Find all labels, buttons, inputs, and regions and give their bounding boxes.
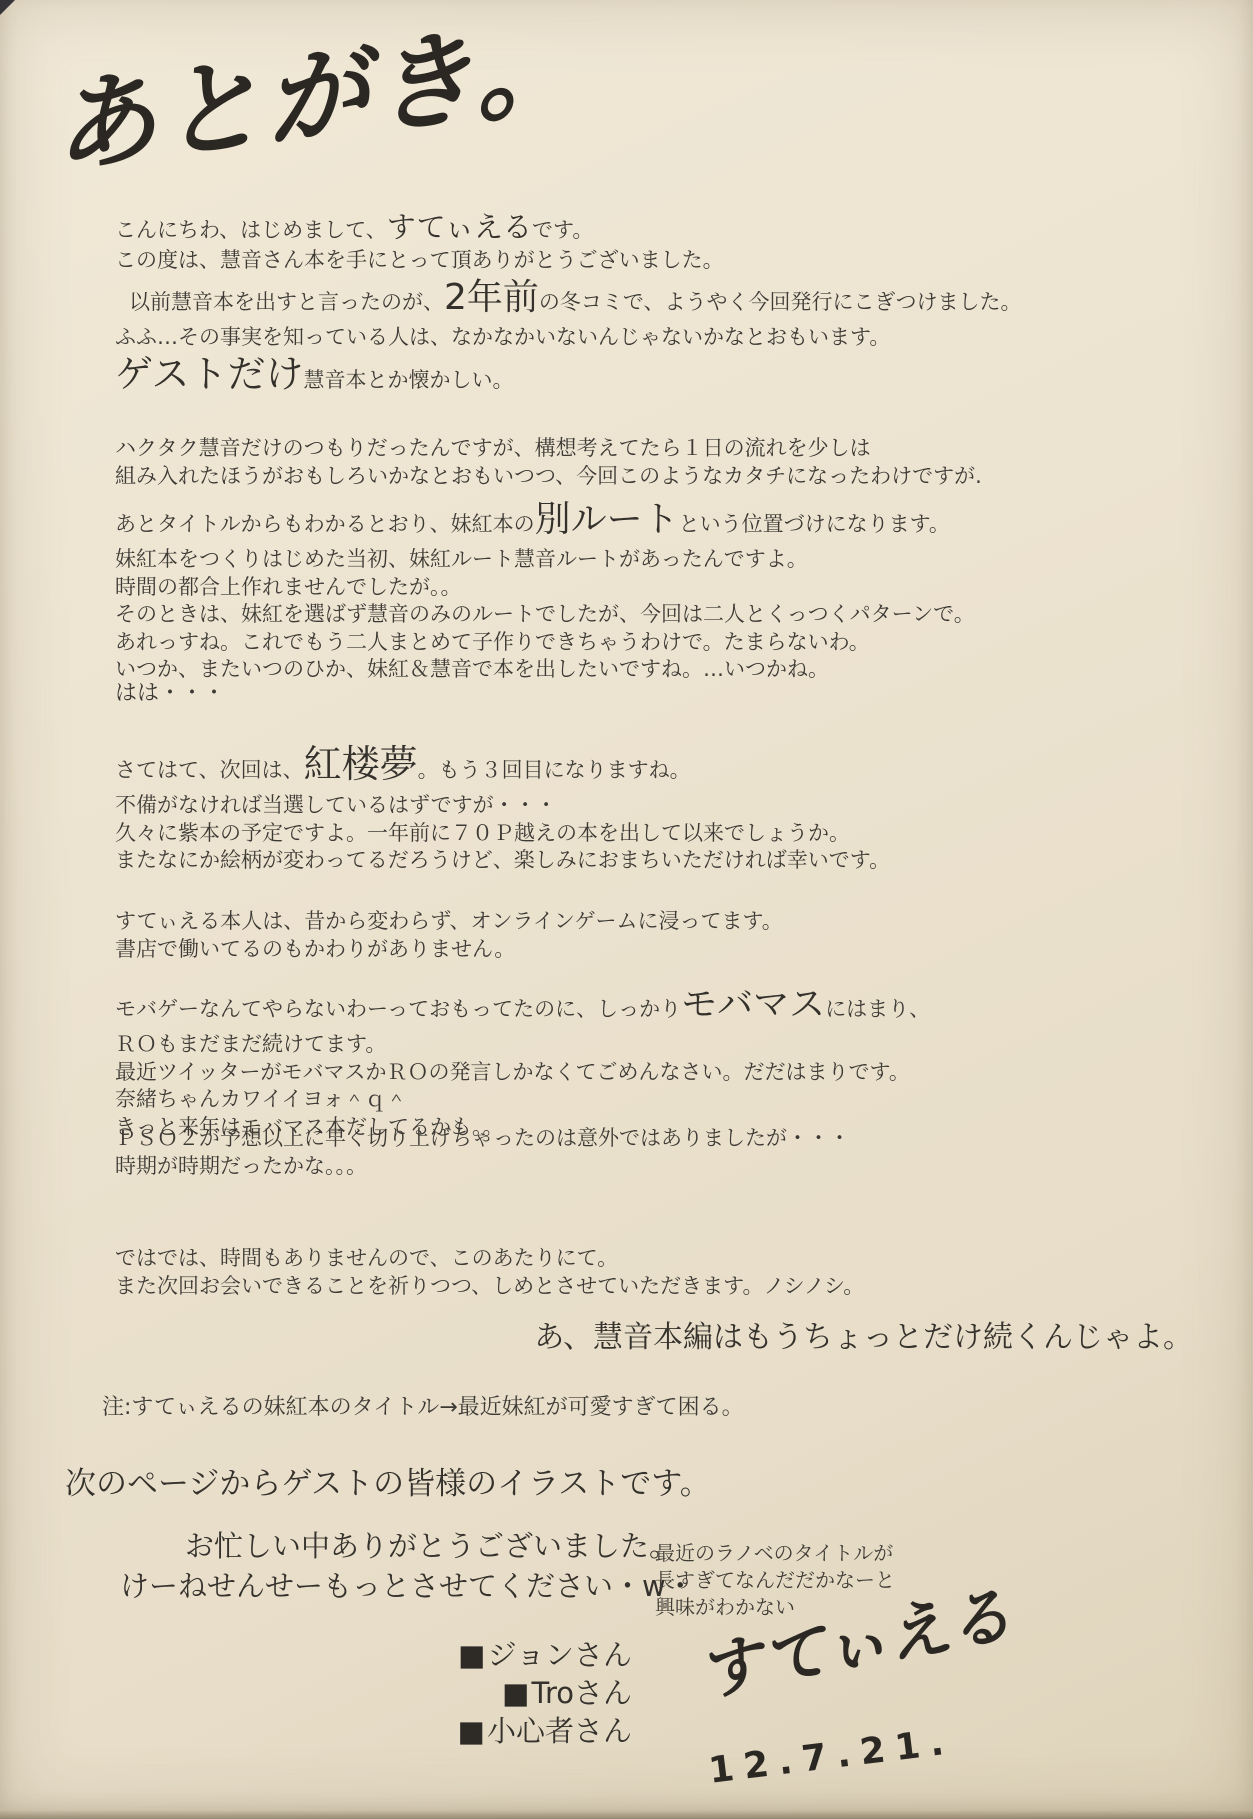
author-name-emphasis: すてぃえる bbox=[387, 210, 532, 244]
guest-item: ■Troさん bbox=[400, 1674, 632, 1712]
text-line: 時間の都合上作れませんでしたが。。 bbox=[115, 574, 975, 602]
text-line: ＲＯもまだまだ続けてます。 bbox=[115, 1031, 930, 1059]
guest-item: ■小心者さん bbox=[400, 1712, 632, 1750]
text-line: この度は、慧音さん本を手にとって頂ありがとうございました。 bbox=[115, 247, 724, 275]
text-segment: の冬コミで、ようやく今回発行にこぎつけました。 bbox=[539, 290, 1022, 314]
guest-name: 小心者さん bbox=[487, 1714, 632, 1748]
text-line: あとタイトルからもわかるとおり、妹紅本の別ルートという位置づけになります。 bbox=[115, 498, 975, 546]
text-line: また次回お会いできることを祈りつつ、しめとさせていただきます。ノシノシ。 bbox=[115, 1273, 864, 1301]
text-line: モバゲーなんてやらないわーっておもってたのに、しっかりモバマスにはまり、 bbox=[115, 983, 930, 1031]
alternate-route-emphasis: 別ルート bbox=[535, 499, 679, 540]
guest-item: ■ジョンさん bbox=[400, 1636, 632, 1674]
side-note-line: 最近のラノベのタイトルが bbox=[655, 1540, 895, 1567]
text-line: すてぃえる本人は、昔から変わらず、オンラインゲームに浸ってます。 bbox=[115, 908, 783, 936]
thanks-line-1: お忙しい中ありがとうございました。 bbox=[185, 1524, 678, 1565]
daily-life-paragraph: すてぃえる本人は、昔から変わらず、オンラインゲームに浸ってます。 書店で働いてる… bbox=[115, 908, 783, 963]
laugh-line: はは・・・ bbox=[115, 680, 225, 708]
text-segment: という位置づけになります。 bbox=[679, 512, 950, 536]
text-segment: 。もう３回目になりますね。 bbox=[418, 758, 691, 782]
text-segment: あとタイトルからもわかるとおり、妹紅本の bbox=[115, 512, 535, 536]
signature-date: 12.7.21. bbox=[706, 1721, 955, 1792]
afterword-page: あとがき。 こんにちわ、はじめまして、すてぃえるです。 この度は、慧音さん本を手… bbox=[0, 0, 1253, 1819]
guest-list: ■ジョンさん ■Troさん ■小心者さん bbox=[400, 1636, 632, 1750]
concept-paragraph: ハクタク慧音だけのつもりだったんですが、構想考えてたら１日の流れを少しは 組み入… bbox=[115, 435, 982, 490]
thanks-line-2: けーねせんせーもっとさせてください・w・ bbox=[120, 1564, 695, 1605]
text-line: ではでは、時間もありませんので、このあたりにて。 bbox=[115, 1245, 864, 1273]
text-line: はは・・・ bbox=[115, 680, 225, 708]
guest-section-heading: 次のページからゲストの皆様のイラストです。 bbox=[65, 1458, 711, 1503]
text-line: 奈緒ちゃんカワイイヨォ＾ｑ＾ bbox=[115, 1086, 930, 1114]
kouroumu-emphasis: 紅楼夢 bbox=[304, 742, 418, 786]
text-segment: にはまり、 bbox=[825, 997, 930, 1021]
greeting-paragraph: こんにちわ、はじめまして、すてぃえるです。 この度は、慧音さん本を手にとって頂あ… bbox=[115, 210, 724, 275]
text-segment: です。 bbox=[532, 218, 593, 242]
footnote-line: 注:すてぃえるの妹紅本のタイトル→最近妹紅が可愛すぎて困る。 bbox=[102, 1390, 744, 1421]
text-line: あれっすね。これでもう二人まとめて子作りできちゃうわけで。たまらないわ。 bbox=[115, 629, 975, 657]
text-line: 書店で働いてるのもかわりがありません。 bbox=[115, 936, 783, 964]
text-segment: さてはて、次回は、 bbox=[115, 758, 304, 782]
farewell-paragraph: ではでは、時間もありませんので、このあたりにて。 また次回お会いできることを祈り… bbox=[115, 1245, 864, 1300]
side-note-line: 長すぎてなんだだかなーと bbox=[655, 1567, 895, 1594]
text-line: 最近ツイッターがモバマスかＲＯの発言しかなくてごめんなさい。だだはまりです。 bbox=[115, 1059, 930, 1087]
scan-corner-artifact bbox=[0, 0, 15, 15]
guest-name: ジョンさん bbox=[488, 1638, 632, 1672]
mobamas-paragraph: モバゲーなんてやらないわーっておもってたのに、しっかりモバマスにはまり、 ＲＯも… bbox=[115, 983, 930, 1141]
pso2-paragraph: ＰＳＯ２が予想以上に早く切り上げちゃったのは意外ではありましたが・・・ 時期が時… bbox=[115, 1125, 850, 1180]
text-line: いつか、またいつのひか、妹紅＆慧音で本を出したいですね。…いつかね。 bbox=[115, 656, 975, 684]
text-line: そのときは、妹紅を選ばず慧音のみのルートでしたが、今回は二人とくっつくパターンで… bbox=[115, 601, 975, 629]
text-line: ゲストだけ慧音本とか懐かしい。 bbox=[115, 352, 1021, 402]
text-line: こんにちわ、はじめまして、すてぃえるです。 bbox=[115, 210, 724, 247]
text-line: 以前慧音本を出すと言ったのが、2年前の冬コミで、ようやく今回発行にこぎつけました… bbox=[115, 276, 1021, 324]
route-paragraph: あとタイトルからもわかるとおり、妹紅本の別ルートという位置づけになります。 妹紅… bbox=[115, 498, 975, 684]
history-paragraph: 以前慧音本を出すと言ったのが、2年前の冬コミで、ようやく今回発行にこぎつけました… bbox=[115, 276, 1021, 402]
text-segment: 以前慧音本を出すと言ったのが、 bbox=[129, 290, 444, 314]
text-segment: こんにちわ、はじめまして、 bbox=[115, 218, 387, 242]
text-line: ハクタク慧音だけのつもりだったんですが、構想考えてたら１日の流れを少しは bbox=[115, 435, 982, 463]
text-line: 久々に紫本の予定ですよ。一年前に７０Ｐ越えの本を出して以来でしょうか。 bbox=[115, 820, 890, 848]
two-years-emphasis: 2年前 bbox=[444, 277, 539, 318]
text-line: またなにか絵柄が変わってるだろうけど、楽しみにおまちいただければ幸いです。 bbox=[115, 847, 890, 875]
scan-bottom-shadow bbox=[0, 1810, 1253, 1819]
text-line: 妹紅本をつくりはじめた当初、妹紅ルート慧音ルートがあったんですよ。 bbox=[115, 546, 975, 574]
mobamas-emphasis: モバマス bbox=[681, 984, 825, 1025]
guest-only-emphasis: ゲストだけ bbox=[115, 352, 303, 396]
page-title: あとがき。 bbox=[53, 0, 599, 195]
square-bullet-icon: ■ bbox=[502, 1676, 531, 1710]
text-line: 組み入れたほうがおもしろいかなとおもいつつ、今回このようなカタチになったわけです… bbox=[115, 463, 982, 491]
text-segment: 慧音本とか懐かしい。 bbox=[303, 368, 513, 392]
text-line: 時期が時期だったかな。。。 bbox=[115, 1153, 850, 1181]
text-line: ＰＳＯ２が予想以上に早く切り上げちゃったのは意外ではありましたが・・・ bbox=[115, 1125, 850, 1153]
square-bullet-icon: ■ bbox=[458, 1714, 487, 1748]
guest-name: Troさん bbox=[532, 1676, 632, 1710]
text-line: ふふ…その事実を知っている人は、なかなかいないんじゃないかなとおもいます。 bbox=[115, 324, 1021, 352]
next-event-paragraph: さてはて、次回は、紅楼夢。もう３回目になりますね。 不備がなければ当選しているは… bbox=[115, 742, 890, 875]
square-bullet-icon: ■ bbox=[458, 1638, 487, 1672]
text-line: さてはて、次回は、紅楼夢。もう３回目になりますね。 bbox=[115, 742, 890, 792]
text-segment: モバゲーなんてやらないわーっておもってたのに、しっかり bbox=[115, 997, 681, 1021]
sequel-teaser-line: あ、慧音本編はもうちょっとだけ続くんじゃよ。 bbox=[534, 1312, 1193, 1356]
text-line: 不備がなければ当選しているはずですが・・・ bbox=[115, 792, 890, 820]
